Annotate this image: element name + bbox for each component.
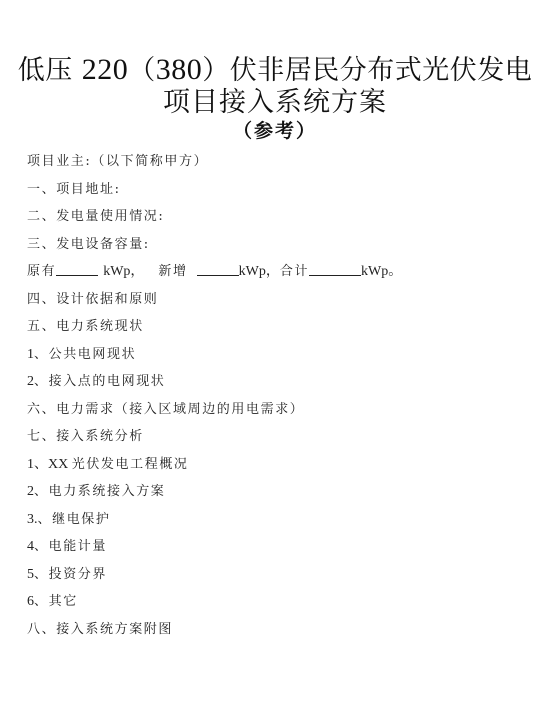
title-voltage-1: 220 (82, 53, 129, 86)
item-number: 2 (27, 484, 34, 499)
total-capacity-unit: kWp。 (361, 264, 402, 279)
total-capacity-label: 合计 (280, 264, 309, 279)
owner-line: 项目业主:（以下简称甲方） (27, 148, 530, 176)
subsection-access-point-grid-status: 2、接入点的电网现状 (27, 368, 530, 396)
capacity-line: 原有kWp，新增kWp，合计kWp。 (27, 258, 530, 286)
new-capacity-label: 新增 (158, 264, 187, 279)
subsection-grid-access-plan: 2、电力系统接入方案 (27, 478, 530, 506)
item-label: 、电力系统接入方案 (34, 484, 165, 499)
item-label: 、继电保护 (38, 512, 111, 527)
new-capacity-field[interactable] (197, 261, 239, 276)
new-capacity-unit: kWp， (239, 264, 280, 279)
item-latin: 、XX (34, 457, 72, 472)
existing-capacity-label: 原有 (27, 264, 56, 279)
item-label: 、电能计量 (34, 539, 107, 554)
item-label: 、接入点的电网现状 (34, 374, 165, 389)
existing-capacity-field[interactable] (56, 261, 98, 276)
item-label: 光伏发电工程概况 (72, 457, 189, 472)
item-label: 、投资分界 (34, 567, 107, 582)
document-body: 项目业主:（以下简称甲方） 一、项目地址: 二、发电量使用情况: 三、发电设备容… (27, 148, 530, 643)
section-design-basis: 四、设计依据和原则 (27, 286, 530, 314)
document-subtitle: （参考） (0, 117, 550, 145)
section-power-usage: 二、发电量使用情况: (27, 203, 530, 231)
total-capacity-field[interactable] (309, 261, 361, 276)
item-number: 1 (27, 457, 34, 472)
subsection-energy-metering: 4、电能计量 (27, 533, 530, 561)
item-label: 、其它 (34, 594, 78, 609)
section-power-system-status: 五、电力系统现状 (27, 313, 530, 341)
item-number: 3. (27, 512, 38, 527)
section-power-demand: 六、电力需求（接入区域周边的用电需求） (27, 396, 530, 424)
existing-capacity-unit: kWp， (103, 264, 144, 279)
subsection-relay-protection: 3.、继电保护 (27, 506, 530, 534)
item-label: 、公共电网现状 (34, 347, 136, 362)
item-number: 1 (27, 347, 34, 362)
subsection-pv-project-overview: 1、XX 光伏发电工程概况 (27, 451, 530, 479)
item-number: 6 (27, 594, 34, 609)
subsection-other: 6、其它 (27, 588, 530, 616)
item-number: 5 (27, 567, 34, 582)
title-paren-open: （ (128, 55, 156, 86)
section-project-address: 一、项目地址: (27, 176, 530, 204)
title-paren-close: ） (202, 55, 230, 86)
document-title-line-1: 低压 220（380）伏非居民分布式光伏发电 (0, 53, 550, 88)
title-suffix: 伏非居民分布式光伏发电 (230, 55, 533, 86)
subsection-public-grid-status: 1、公共电网现状 (27, 341, 530, 369)
document-title-line-2: 项目接入系统方案 (0, 86, 550, 120)
item-number: 4 (27, 539, 34, 554)
section-access-system-diagram: 八、接入系统方案附图 (27, 616, 530, 644)
title-prefix: 低压 (18, 55, 82, 86)
section-access-system-analysis: 七、接入系统分析 (27, 423, 530, 451)
section-equipment-capacity: 三、发电设备容量: (27, 231, 530, 259)
subsection-investment-boundary: 5、投资分界 (27, 561, 530, 589)
title-voltage-2: 380 (156, 53, 203, 86)
item-number: 2 (27, 374, 34, 389)
